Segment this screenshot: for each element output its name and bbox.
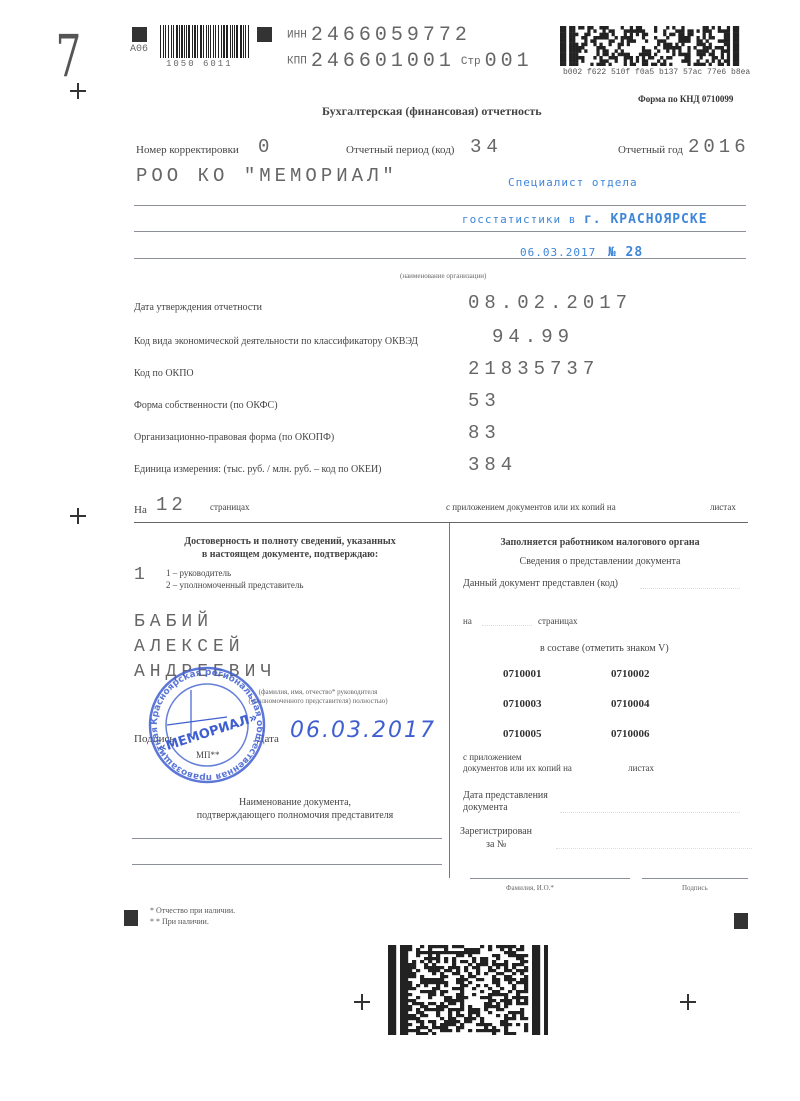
barcode-icon <box>160 25 250 58</box>
period-label: Отчетный период (код) <box>346 144 454 156</box>
form-code-checkbox[interactable]: 0710006 <box>611 728 650 740</box>
field-label: Код по ОКПО <box>134 368 194 379</box>
submission-date-field[interactable] <box>560 812 740 813</box>
pages-suffix: страницах <box>210 502 249 512</box>
document-caption-line2: подтверждающего полномочия представителя <box>150 809 440 822</box>
inn-row: ИНН 2466059772 <box>287 24 471 47</box>
document-caption-line1: Наименование документа, <box>150 796 440 809</box>
sign-line <box>642 878 748 879</box>
receipt-stamp-city: г. КРАСНОЯРСКЕ <box>584 212 708 227</box>
form-knd: Форма по КНД 0710099 <box>638 94 733 104</box>
form-code-checkbox[interactable]: 0710005 <box>503 728 542 740</box>
attach-line1: с приложением <box>463 752 654 763</box>
fio-line <box>470 878 630 879</box>
fio-caption: Фамилия, И.О.* <box>506 884 554 892</box>
section-divider <box>449 523 450 878</box>
footnote-2: * * При наличии. <box>150 916 235 927</box>
divider <box>134 522 748 523</box>
year-label: Отчетный год <box>618 144 683 156</box>
signer-surname: БАБИЙ <box>134 610 276 635</box>
right-heading: Заполняется работником налогового органа <box>450 537 750 548</box>
svg-text:«МЕМОРИАЛ»: «МЕМОРИАЛ» <box>156 710 259 756</box>
signer-option-2: 2 – уполномоченный представитель <box>166 579 303 591</box>
barcode-hash: b002 f622 510f f0a5 b137 57ac 77e6 b8ea <box>563 68 750 77</box>
field-label: Организационно-правовая форма (по ОКОПФ) <box>134 432 334 443</box>
form-code-checkbox[interactable]: 0710002 <box>611 668 650 680</box>
footnote-1: * Отчество при наличии. <box>150 905 235 916</box>
kpp-label: КПП <box>287 56 307 68</box>
signer-options: 1 – руководитель 2 – уполномоченный пред… <box>166 567 303 591</box>
date-line1: Дата представления <box>463 790 548 802</box>
form-code-left: А06 <box>130 44 148 55</box>
receipt-stamp-prefix: госстатистики в <box>462 213 576 226</box>
field-value: 08.02.2017 <box>468 292 632 314</box>
composition-label: в составе (отметить знаком V) <box>540 643 669 654</box>
signer-first-name: АЛЕКСЕЙ <box>134 635 276 660</box>
divider <box>132 838 442 839</box>
organization-seal-icon: Красноярская региональная общественная п… <box>147 665 267 785</box>
registration-cross-icon <box>70 83 86 99</box>
right-subheading: Сведения о представлении документа <box>450 556 750 567</box>
field-label: Дата утверждения отчетности <box>134 302 262 313</box>
page-value: 001 <box>485 50 533 73</box>
registration-number-field[interactable] <box>556 848 752 849</box>
reg-line2: за № <box>460 838 532 851</box>
divider <box>132 864 442 865</box>
kpp-row: КПП 246601001 Стр 001 <box>287 50 533 73</box>
barcode-number: 1050 6011 <box>166 59 233 69</box>
page-label: Стр <box>461 56 481 68</box>
pages-value: 12 <box>156 494 187 516</box>
kpp-value: 246601001 <box>311 50 455 73</box>
handwritten-mark: 7 <box>56 22 82 90</box>
inn-value: 2466059772 <box>311 24 471 47</box>
field-label: Форма собственности (по ОКФС) <box>134 400 278 411</box>
alignment-marker-icon <box>257 27 272 42</box>
field-label: Единица измерения: (тыс. руб. / млн. руб… <box>134 464 382 475</box>
registration-cross-icon <box>354 994 370 1010</box>
receipt-date: 06.03.2017 <box>520 246 596 259</box>
correction-label: Номер корректировки <box>136 144 239 156</box>
divider <box>134 205 746 206</box>
period-value: 34 <box>470 136 503 158</box>
receipt-stamp-line2: госстатистики в г. КРАСНОЯРСКЕ <box>462 212 708 227</box>
pdf417-barcode-icon <box>560 26 742 66</box>
attachment-block: с приложением документов или их копий на… <box>463 752 654 774</box>
field-value: 384 <box>468 454 517 476</box>
left-heading-line2: в настоящем документе, подтверждаю: <box>140 548 440 561</box>
submission-date-block: Дата представления документа <box>463 790 548 814</box>
left-heading: Достоверность и полноту сведений, указан… <box>140 535 440 561</box>
organization-name: РОО КО "МЕМОРИАЛ" <box>136 165 398 187</box>
receipt-number: № 28 <box>608 245 643 260</box>
reg-line1: Зарегистрирован <box>460 825 532 838</box>
divider <box>134 258 746 259</box>
field-value: 53 <box>468 390 501 412</box>
registration-cross-icon <box>70 508 86 524</box>
year-value: 2016 <box>688 136 750 158</box>
attach-suffix: листах <box>628 763 654 773</box>
date-line2: документа <box>463 802 548 814</box>
field-value: 94.99 <box>492 326 574 348</box>
submitted-code-label: Данный документ представлен (код) <box>463 578 618 589</box>
handwritten-date: 06.03.2017 <box>290 718 436 743</box>
form-code-checkbox[interactable]: 0710001 <box>503 668 542 680</box>
pages-label: страницах <box>538 616 577 626</box>
attachment-text: с приложением документов или их копий на <box>446 502 616 512</box>
pdf417-barcode-bottom-icon <box>388 945 548 1035</box>
form-code-checkbox[interactable]: 0710003 <box>503 698 542 710</box>
field-value: 21835737 <box>468 358 599 380</box>
alignment-marker-icon <box>124 910 138 926</box>
signer-code: 1 <box>134 565 145 585</box>
registration-block: Зарегистрирован за № <box>460 825 532 851</box>
sign-caption: Подпись <box>682 884 708 892</box>
alignment-marker-icon <box>132 27 147 42</box>
organization-caption: (наименование организации) <box>400 272 486 280</box>
field-value: 83 <box>468 422 501 444</box>
footnotes: * Отчество при наличии. * * При наличии. <box>150 905 235 927</box>
field-label: Код вида экономической деятельности по к… <box>134 336 418 347</box>
attachment-suffix: листах <box>710 502 736 512</box>
page-title: Бухгалтерская (финансовая) отчетность <box>322 104 542 119</box>
left-heading-line1: Достоверность и полноту сведений, указан… <box>140 535 440 548</box>
attach-line2: документов или их копий на <box>463 763 572 773</box>
on-label: на <box>463 616 472 626</box>
pages-prefix: На <box>134 504 147 516</box>
form-code-checkbox[interactable]: 0710004 <box>611 698 650 710</box>
signer-option-1: 1 – руководитель <box>166 567 303 579</box>
document-caption: Наименование документа, подтверждающего … <box>150 796 440 822</box>
submitted-code-field[interactable] <box>640 588 740 589</box>
pages-count-field[interactable] <box>482 625 532 626</box>
correction-value: 0 <box>258 136 269 158</box>
inn-label: ИНН <box>287 30 307 42</box>
divider <box>134 231 746 232</box>
receipt-stamp-line1: Специалист отдела <box>508 176 638 189</box>
receipt-stamp-date: 06.03.2017 № 28 <box>520 245 643 260</box>
registration-cross-icon <box>680 994 696 1010</box>
alignment-marker-icon <box>734 913 748 929</box>
